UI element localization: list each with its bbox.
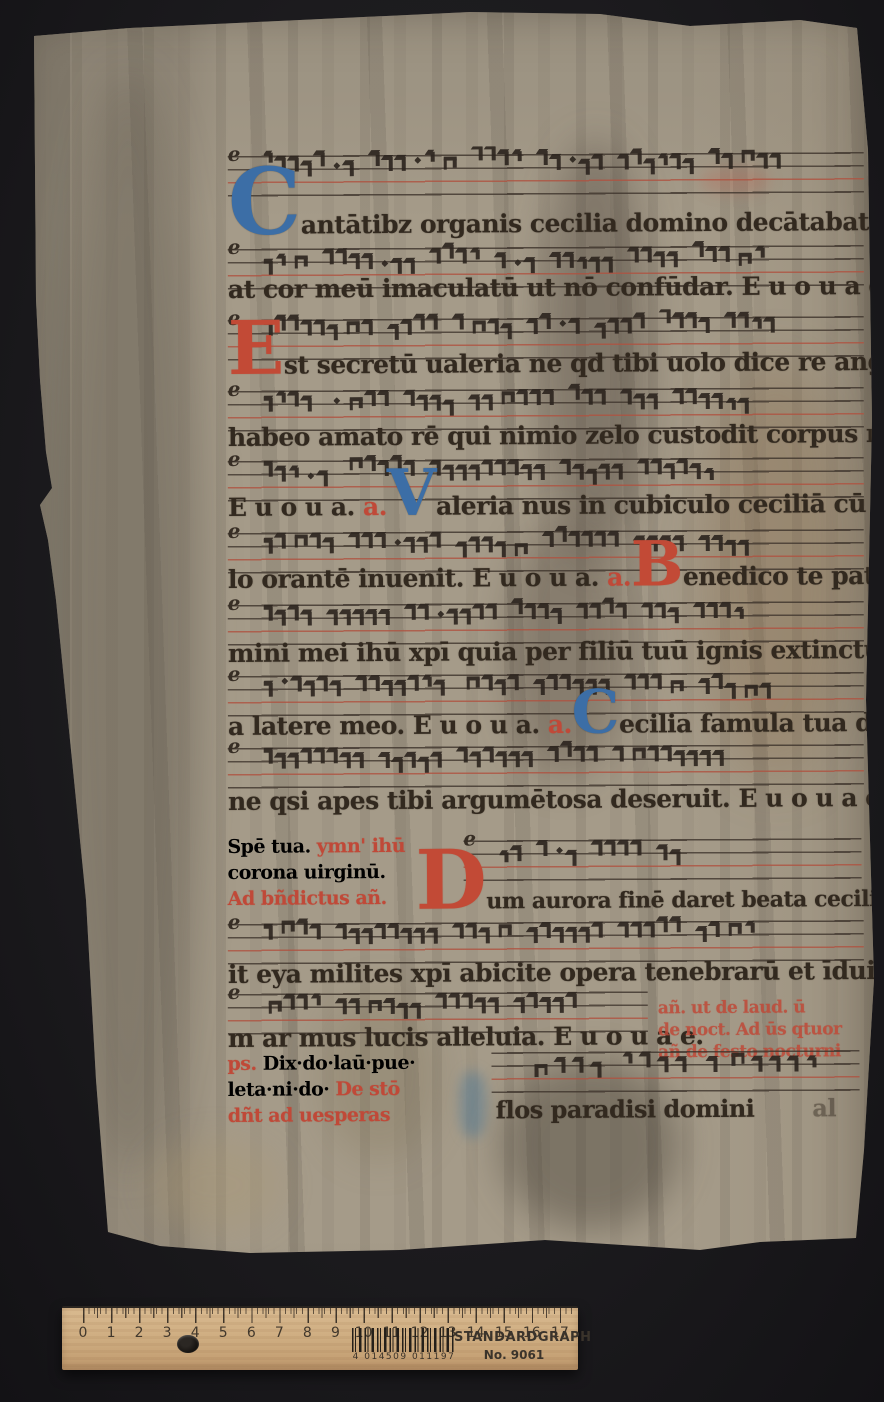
- neume: [553, 676, 557, 690]
- neume: [475, 396, 479, 410]
- neume: [307, 749, 311, 763]
- neume: [268, 750, 272, 764]
- neume: [595, 259, 599, 273]
- neume: [394, 539, 401, 546]
- parchment-leaf: e Cantātibz organis cecilia domino decāt…: [0, 0, 884, 1402]
- neume: [371, 392, 375, 406]
- chant-text-line-6: lo orantē inuenit. E u o u a. a.Benedico…: [228, 561, 868, 594]
- neume: [504, 852, 508, 862]
- neume: [608, 259, 612, 273]
- neume: [403, 1005, 407, 1019]
- neume: [478, 146, 482, 160]
- neume: [569, 156, 576, 163]
- neume: [488, 676, 492, 690]
- neume: [281, 612, 285, 626]
- chant-text-line-5: E u o u a. a.Valeria nus in cubiculo cec…: [228, 489, 868, 522]
- neume: [696, 465, 700, 479]
- neume: [410, 260, 414, 274]
- ruler-number: 1: [107, 1325, 116, 1341]
- neume: [673, 253, 677, 267]
- neume: [381, 925, 385, 939]
- neume: [611, 842, 615, 856]
- neume: [307, 321, 311, 335]
- neume: [631, 675, 635, 689]
- neume: [355, 930, 359, 944]
- neume: [517, 151, 521, 161]
- rubric-antiphon-mark: a.: [363, 492, 387, 521]
- music-system-13: ps. Dix·do·laū·pue· leta·ni·do· De stō d…: [228, 1093, 869, 1207]
- neume: [437, 754, 441, 768]
- neume: [333, 749, 337, 763]
- neume: [763, 155, 767, 169]
- neume: [619, 748, 623, 762]
- neume: [372, 611, 376, 625]
- neume: [712, 248, 716, 262]
- neume: [676, 155, 680, 169]
- clef-letter: e: [228, 734, 241, 758]
- neume: [528, 753, 532, 767]
- neume: [411, 606, 415, 620]
- clef-letter: e: [228, 519, 241, 543]
- neume: [449, 245, 453, 259]
- neume: [559, 320, 566, 327]
- neume: [514, 259, 521, 266]
- neume: [307, 472, 314, 479]
- neume: [562, 528, 566, 542]
- neume: [390, 1000, 394, 1014]
- neume: [718, 395, 722, 409]
- neume: [523, 391, 527, 405]
- neume: [693, 752, 697, 766]
- neume: [663, 155, 667, 165]
- neume: [349, 457, 362, 473]
- neume: [316, 534, 320, 548]
- neume: [637, 923, 641, 937]
- neume: [333, 326, 337, 340]
- neume: [624, 842, 628, 856]
- neume: [375, 152, 379, 166]
- neume: [731, 1053, 744, 1069]
- neume: [514, 676, 518, 690]
- neume: [705, 395, 709, 409]
- neume: [657, 675, 661, 689]
- neume: [329, 250, 333, 264]
- neume: [498, 924, 511, 940]
- neume: [281, 755, 285, 769]
- neume: [647, 248, 651, 262]
- neume: [706, 752, 710, 766]
- neume: [540, 466, 544, 480]
- neume: [543, 151, 547, 165]
- ruler-number: 5: [219, 1325, 228, 1341]
- neume: [411, 754, 415, 768]
- neume: [533, 994, 537, 1008]
- neume: [543, 842, 547, 856]
- neume: [479, 605, 483, 619]
- neume: [294, 607, 298, 621]
- neume: [738, 253, 751, 269]
- neume: [634, 248, 638, 262]
- neume: [436, 397, 440, 411]
- neume: [670, 680, 683, 696]
- neume: [676, 918, 680, 932]
- neume: [359, 754, 363, 768]
- neume: [637, 841, 641, 855]
- neume: [320, 749, 324, 763]
- clef-letter: e: [228, 447, 241, 471]
- neume: [488, 461, 492, 475]
- neume: [333, 162, 340, 169]
- neume: [517, 847, 521, 861]
- neume: [268, 540, 272, 554]
- neume: [323, 472, 327, 486]
- neume: [533, 929, 537, 943]
- neume: [502, 753, 506, 767]
- neume: [501, 543, 505, 557]
- neume: [333, 611, 337, 625]
- neume: [433, 930, 437, 944]
- neume: [731, 400, 735, 410]
- neume: [401, 157, 405, 171]
- neume: [585, 929, 589, 943]
- neume: [368, 534, 372, 548]
- neume: [468, 994, 472, 1008]
- neume: [601, 391, 605, 405]
- neume: [657, 460, 661, 474]
- neume: [663, 846, 667, 860]
- neume: [575, 386, 579, 400]
- neume: [294, 755, 298, 769]
- neume: [592, 471, 596, 485]
- initial-B: B: [631, 527, 683, 600]
- neume: [744, 685, 757, 701]
- ruler-model-number: No. 9061: [454, 1348, 574, 1362]
- neume: [718, 675, 722, 689]
- clef-letter: e: [228, 910, 241, 934]
- neume: [661, 604, 665, 618]
- neume: [388, 682, 392, 696]
- neume: [725, 248, 729, 262]
- neume: [731, 685, 735, 699]
- ruler-number: 0: [79, 1325, 88, 1341]
- neume: [640, 395, 644, 409]
- neume: [397, 260, 401, 274]
- neume: [303, 920, 307, 934]
- neume: [472, 924, 476, 938]
- neume: [556, 156, 560, 170]
- neume: [598, 842, 602, 856]
- neume: [533, 320, 537, 334]
- neume: [398, 759, 402, 773]
- neume: [504, 151, 508, 165]
- neume: [597, 1064, 601, 1078]
- neume: [488, 396, 492, 410]
- neume: [667, 747, 671, 761]
- neume: [596, 605, 600, 619]
- neume: [689, 160, 693, 174]
- neume: [758, 1058, 762, 1072]
- neume: [609, 600, 613, 614]
- neume: [650, 160, 654, 174]
- neume: [559, 999, 563, 1013]
- neume: [692, 314, 696, 328]
- neume: [569, 254, 573, 268]
- neume: [601, 325, 605, 339]
- neume: [437, 611, 444, 618]
- neume: [371, 457, 375, 471]
- neume: [601, 533, 605, 547]
- neume: [644, 675, 648, 689]
- neume: [679, 390, 683, 404]
- neume: [385, 754, 389, 768]
- clef-letter: e: [228, 377, 241, 401]
- neume: [316, 995, 320, 1005]
- neume: [410, 539, 414, 553]
- neume: [614, 533, 618, 547]
- stain: [58, 70, 198, 1170]
- neume: [614, 320, 618, 334]
- neume: [531, 605, 535, 619]
- neume: [268, 463, 272, 477]
- neume: [556, 254, 560, 268]
- neume: [294, 393, 298, 407]
- chant-text-line-4: habeo amato rē qui nimio zelo custodit c…: [228, 419, 868, 452]
- neume: [579, 1059, 583, 1073]
- neume: [375, 677, 379, 691]
- neume: [355, 1000, 359, 1014]
- neume: [556, 847, 563, 854]
- neume: [294, 534, 307, 550]
- neume: [776, 155, 780, 169]
- neume: [368, 255, 372, 269]
- neume: [433, 316, 437, 330]
- ruler-number: 7: [275, 1325, 284, 1341]
- neume: [494, 999, 498, 1013]
- neume: [683, 460, 687, 474]
- neume: [420, 316, 424, 330]
- neume: [410, 392, 414, 406]
- rubric-antiphon-mark: a.: [548, 710, 572, 739]
- neume: [436, 534, 440, 548]
- neume: [281, 678, 288, 685]
- clef-letter: e: [228, 980, 241, 1004]
- neume: [407, 321, 411, 335]
- neume: [346, 754, 350, 768]
- neume: [715, 150, 719, 164]
- neume: [268, 683, 272, 697]
- neume: [430, 152, 434, 162]
- neume: [741, 150, 754, 166]
- neume: [381, 260, 388, 267]
- neume: [728, 155, 732, 169]
- neume: [534, 1064, 547, 1080]
- neume: [520, 999, 524, 1013]
- neume: [294, 468, 298, 478]
- ruler-number: 8: [303, 1325, 312, 1341]
- neume: [699, 243, 703, 257]
- neume: [679, 314, 683, 328]
- neume: [561, 1059, 565, 1073]
- clef-letter: e: [228, 591, 241, 615]
- neume: [812, 1057, 816, 1067]
- neume: [449, 402, 453, 416]
- neume: [579, 466, 583, 480]
- neume: [567, 743, 571, 757]
- neume: [336, 682, 340, 696]
- neume: [627, 390, 631, 404]
- neume: [670, 465, 674, 479]
- neume: [618, 466, 622, 480]
- ruler-number: 3: [163, 1325, 172, 1341]
- neume: [440, 682, 444, 696]
- neume: [664, 1058, 668, 1072]
- neume: [491, 146, 495, 160]
- neume: [349, 162, 353, 176]
- neume: [605, 466, 609, 480]
- neume: [700, 604, 704, 618]
- neume: [268, 261, 272, 275]
- neume: [713, 1058, 717, 1072]
- neume: [414, 157, 421, 164]
- chant-text-line-9: ne qsi apes tibi argumētosa deseruit. E …: [228, 783, 868, 816]
- neume: [593, 748, 597, 762]
- neume: [297, 678, 301, 692]
- neume: [546, 999, 550, 1013]
- neume: [359, 611, 363, 625]
- neume: [442, 995, 446, 1009]
- neume: [453, 611, 457, 625]
- neume: [549, 391, 553, 405]
- ruler-number: 6: [247, 1325, 256, 1341]
- chant-text-line-13: flos paradisi dominial: [228, 1093, 868, 1126]
- neume: [489, 748, 493, 762]
- neume: [559, 929, 563, 943]
- neume: [585, 161, 589, 175]
- neume: [427, 677, 431, 687]
- neume: [320, 152, 324, 166]
- neume: [384, 392, 388, 406]
- chant-text-line-1: Cantātibz organis cecilia domino decātab…: [228, 198, 868, 240]
- neume: [455, 995, 459, 1009]
- neume: [507, 325, 511, 339]
- neume: [290, 996, 294, 1010]
- neume: [514, 543, 527, 559]
- neume: [329, 539, 333, 553]
- neume: [420, 930, 424, 944]
- neume: [575, 533, 579, 547]
- neume: [475, 249, 479, 259]
- neume: [718, 537, 722, 551]
- neume: [598, 156, 602, 170]
- neume: [443, 157, 456, 173]
- neume: [268, 607, 272, 621]
- neume: [705, 537, 709, 551]
- wooden-ruler: 01234567891011121314151617 4 014509 0111…: [62, 1306, 578, 1370]
- neume: [310, 682, 314, 696]
- neume: [416, 1005, 420, 1019]
- neume: [342, 250, 346, 264]
- neume: [368, 1000, 381, 1016]
- neume: [705, 319, 709, 333]
- neume: [663, 918, 667, 932]
- neume: [739, 609, 743, 619]
- neume: [680, 752, 684, 766]
- neume: [682, 1058, 686, 1072]
- neume: [462, 249, 466, 263]
- initial-V: V: [387, 456, 437, 531]
- neume: [744, 314, 748, 328]
- neume: [666, 309, 670, 323]
- neume: [640, 314, 644, 328]
- neume: [294, 255, 307, 271]
- neume: [414, 677, 418, 691]
- neume: [627, 319, 631, 333]
- neume: [423, 539, 427, 553]
- ruler-ticks: [80, 1308, 572, 1324]
- neume: [462, 543, 466, 557]
- neume: [501, 254, 505, 268]
- neume: [744, 542, 748, 556]
- neume: [648, 604, 652, 618]
- neume: [514, 461, 518, 475]
- neume: [316, 925, 320, 939]
- neume: [544, 605, 548, 619]
- neume: [368, 321, 372, 335]
- neume: [407, 930, 411, 944]
- neume: [268, 926, 272, 940]
- neume: [424, 759, 428, 773]
- neume: [423, 397, 427, 411]
- neume: [726, 604, 730, 618]
- neume: [424, 606, 428, 620]
- rubric-antiphon-mark: a.: [607, 562, 631, 591]
- neume: [583, 605, 587, 619]
- neume: [540, 681, 544, 695]
- neume: [588, 391, 592, 405]
- neume: [333, 397, 340, 404]
- staff: e: [463, 834, 861, 884]
- neume: [488, 538, 492, 552]
- neume: [385, 611, 389, 625]
- neume: [715, 923, 719, 937]
- neume: [294, 317, 298, 331]
- neume: [268, 1001, 281, 1017]
- neume: [501, 461, 505, 475]
- neume: [381, 534, 385, 548]
- neume: [628, 1053, 632, 1063]
- neume: [462, 466, 466, 480]
- chant-text-line-3: Est secretū ualeria ne qd tibi uolo dice…: [228, 345, 868, 380]
- neume: [481, 999, 485, 1013]
- barcode-digits: 4 014509 011197: [348, 1352, 460, 1362]
- neume: [554, 748, 558, 762]
- neume: [692, 390, 696, 404]
- neume: [476, 753, 480, 767]
- neume: [676, 851, 680, 865]
- neume: [588, 533, 592, 547]
- neume: [624, 156, 628, 170]
- neume: [518, 600, 522, 614]
- clef-letter: e: [228, 662, 241, 686]
- neume: [776, 1058, 780, 1072]
- neume: [536, 391, 540, 405]
- clef-letter: e: [228, 235, 241, 259]
- neume: [750, 923, 754, 933]
- neume: [760, 248, 764, 258]
- staff: e: [228, 148, 864, 200]
- neume: [388, 157, 392, 171]
- neume: [624, 924, 628, 938]
